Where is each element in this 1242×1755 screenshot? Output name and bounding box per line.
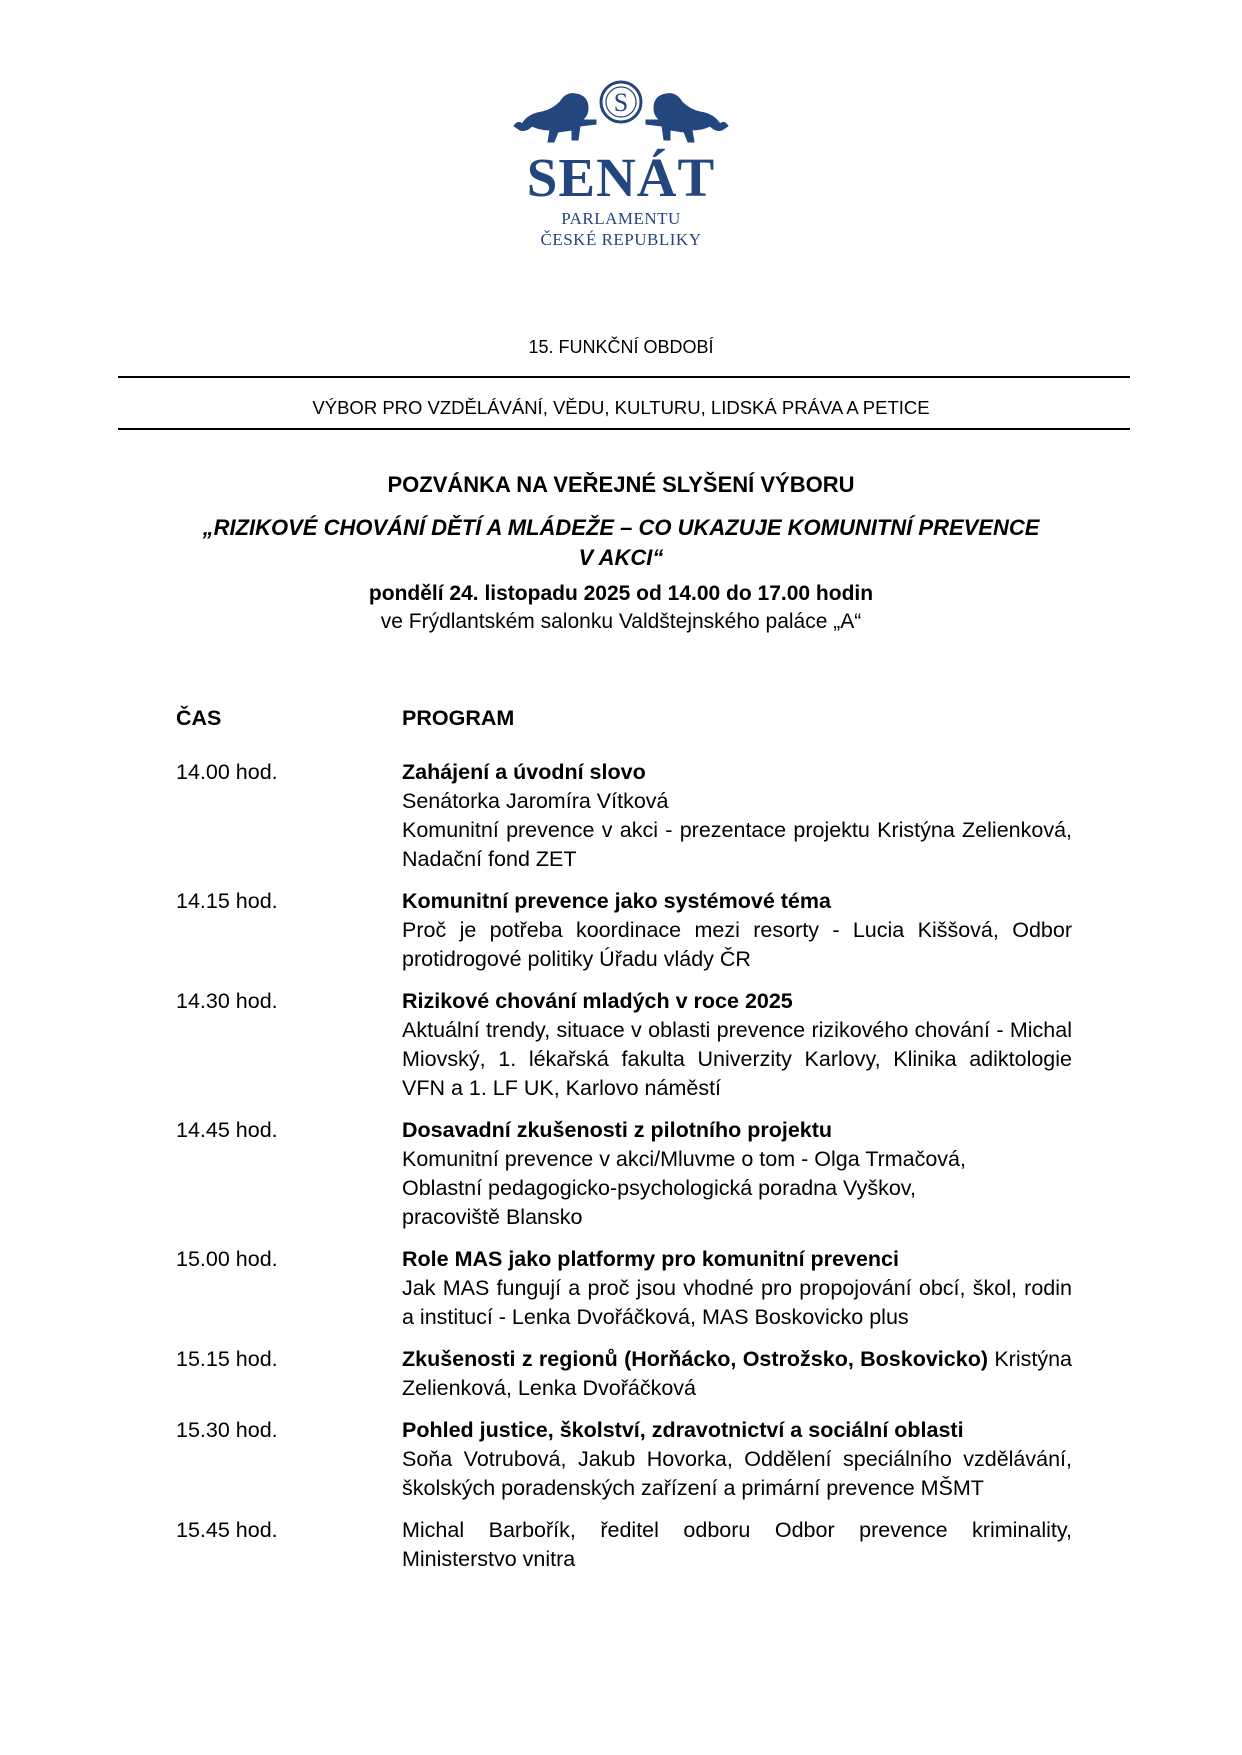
svg-text:S: S <box>614 88 628 117</box>
agenda-item-detail: Soňa Votrubová, Jakub Hovorka, Oddělení … <box>402 1445 1072 1503</box>
hearing-title: „RIZIKOVÉ CHOVÁNÍ DĚTÍ A MLÁDEŽE – CO UK… <box>200 513 1042 573</box>
agenda-item-detail: Aktuální trendy, situace v oblasti preve… <box>402 1016 1072 1103</box>
agenda-item: 14.30 hod.Rizikové chování mladých v roc… <box>0 987 1242 1103</box>
agenda-item-time: 15.00 hod. <box>176 1245 278 1274</box>
agenda-item: 14.45 hod.Dosavadní zkušenosti z pilotní… <box>0 1116 1242 1232</box>
agenda-item-topic: Zkušenosti z regionů (Horňácko, Ostrožsk… <box>402 1347 988 1371</box>
agenda-item-time: 15.15 hod. <box>176 1345 278 1374</box>
agenda-item-body: Dosavadní zkušenosti z pilotního projekt… <box>402 1116 1072 1232</box>
agenda-item-body: Komunitní prevence jako systémové témaPr… <box>402 887 1072 974</box>
logo-subtitle-2: ČESKÉ REPUBLIKY <box>0 229 1242 250</box>
divider-top <box>118 376 1130 378</box>
agenda-item-topic: Komunitní prevence jako systémové téma <box>402 887 1072 916</box>
agenda-item-detail: pracoviště Blansko <box>402 1203 1072 1232</box>
senate-logo: S SENÁT PARLAMENTU ČESKÉ REPUBLIKY <box>0 78 1242 250</box>
agenda-item-time: 14.45 hod. <box>176 1116 278 1145</box>
agenda-item-detail: Michal Barbořík, ředitel odboru Odbor pr… <box>402 1516 1072 1574</box>
agenda-item-detail: Oblastní pedagogicko-psychologická porad… <box>402 1174 1072 1203</box>
agenda-item-time: 14.30 hod. <box>176 987 278 1016</box>
event-date-time: pondělí 24. listopadu 2025 od 14.00 do 1… <box>0 582 1242 606</box>
agenda-item-body: Pohled justice, školství, zdravotnictví … <box>402 1416 1072 1503</box>
agenda-item-time: 15.30 hod. <box>176 1416 278 1445</box>
senate-wordmark: SENÁT <box>0 148 1242 208</box>
agenda-item: 15.15 hod.Zkušenosti z regionů (Horňácko… <box>0 1345 1242 1403</box>
agenda-item-time: 15.45 hod. <box>176 1516 278 1545</box>
agenda-item-topic: Dosavadní zkušenosti z pilotního projekt… <box>402 1116 1072 1145</box>
agenda-item: 15.00 hod.Role MAS jako platformy pro ko… <box>0 1245 1242 1332</box>
agenda-item-detail: Proč je potřeba koordinace mezi resorty … <box>402 916 1072 974</box>
agenda-item-body: Zkušenosti z regionů (Horňácko, Ostrožsk… <box>402 1345 1072 1403</box>
logo-subtitle-1: PARLAMENTU <box>0 208 1242 229</box>
agenda-item-topic: Role MAS jako platformy pro komunitní pr… <box>402 1245 1072 1274</box>
agenda-item-detail: Jak MAS fungují a proč jsou vhodné pro p… <box>402 1274 1072 1332</box>
agenda-item-body: Michal Barbořík, ředitel odboru Odbor pr… <box>402 1516 1072 1574</box>
agenda-item: 15.45 hod.Michal Barbořík, ředitel odbor… <box>0 1516 1242 1574</box>
agenda-item: 14.00 hod.Zahájení a úvodní slovoSenátor… <box>0 758 1242 874</box>
agenda-column-time: ČAS <box>176 706 221 731</box>
agenda-item-body: Rizikové chování mladých v roce 2025Aktu… <box>402 987 1072 1103</box>
invitation-heading: POZVÁNKA NA VEŘEJNÉ SLYŠENÍ VÝBORU <box>0 472 1242 498</box>
agenda-item-topic: Pohled justice, školství, zdravotnictví … <box>402 1416 1072 1445</box>
agenda-item: 14.15 hod.Komunitní prevence jako systém… <box>0 887 1242 974</box>
agenda-item-topic: Zahájení a úvodní slovo <box>402 758 1072 787</box>
agenda-item-detail: Komunitní prevence v akci - prezentace p… <box>402 816 1072 874</box>
agenda-item-topic: Rizikové chování mladých v roce 2025 <box>402 987 1072 1016</box>
agenda-item-body: Role MAS jako platformy pro komunitní pr… <box>402 1245 1072 1332</box>
committee-name: VÝBOR PRO VZDĚLÁVÁNÍ, VĚDU, KULTURU, LID… <box>0 397 1242 419</box>
agenda-item-detail: Komunitní prevence v akci/Mluvme o tom -… <box>402 1145 1072 1174</box>
agenda-item-body: Zahájení a úvodní slovoSenátorka Jaromír… <box>402 758 1072 874</box>
agenda-column-program: PROGRAM <box>402 706 514 731</box>
lions-seal-emblem-icon: S <box>506 78 736 150</box>
agenda-item-time: 14.00 hod. <box>176 758 278 787</box>
divider-bottom <box>118 428 1130 430</box>
agenda-item: 15.30 hod.Pohled justice, školství, zdra… <box>0 1416 1242 1503</box>
agenda-item-detail: Senátorka Jaromíra Vítková <box>402 787 1072 816</box>
agenda-list: 14.00 hod.Zahájení a úvodní slovoSenátor… <box>0 758 1242 1587</box>
agenda-item-time: 14.15 hod. <box>176 887 278 916</box>
event-venue: ve Frýdlantském salonku Valdštejnského p… <box>0 610 1242 634</box>
term-period: 15. FUNKČNÍ OBDOBÍ <box>0 337 1242 358</box>
